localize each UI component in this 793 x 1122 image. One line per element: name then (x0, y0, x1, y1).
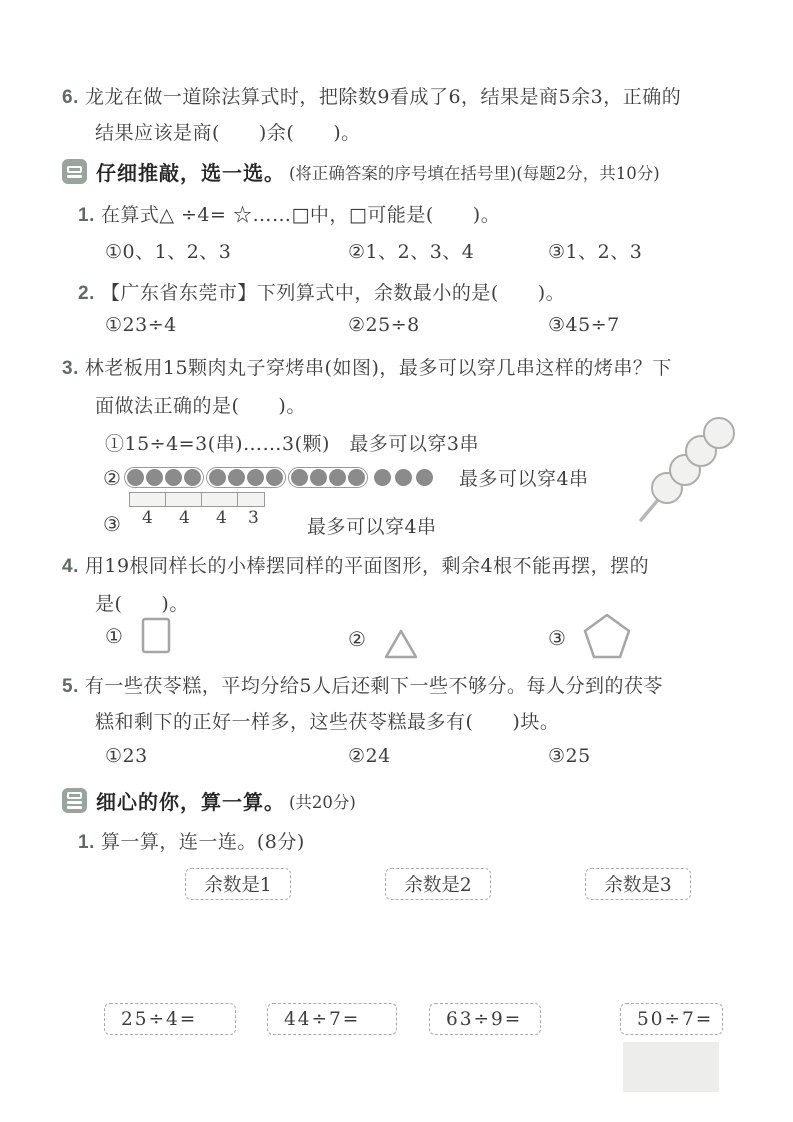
option-1: ①23÷4 (105, 314, 177, 336)
division-box-1: 25÷4= (104, 1003, 236, 1035)
choice-4-options: ① ② ③ (0, 616, 793, 668)
worksheet-page: 6.龙龙在做一道除法算式时，把除数9看成了6，结果是商5余3，正确的 结果应该是… (0, 0, 793, 1122)
option-3: ③45÷7 (548, 314, 620, 336)
question-text: 用19根同样长的小棒摆同样的平面图形，剩余4根不能再摆，摆的 (85, 555, 649, 577)
meatball-dot (348, 469, 365, 486)
division-box-4: 50÷7= (620, 1003, 723, 1035)
option-circled-number: ① (105, 624, 123, 648)
scan-shadow (623, 1042, 719, 1092)
question-number: 1. (78, 832, 95, 853)
option-2: ② (348, 616, 420, 662)
question-text: 龙龙在做一道除法算式时，把除数9看成了6，结果是商5余3，正确的 (85, 86, 681, 108)
meatball-dot (395, 469, 412, 486)
triangle-shape (382, 626, 420, 662)
option-3-caption: 最多可以穿4串 (307, 512, 437, 539)
meatball-dot (228, 469, 245, 486)
badge-three-icon (62, 788, 87, 813)
bar-diagram: 4 4 4 3 (129, 492, 267, 528)
option-2-caption: 最多可以穿4串 (459, 464, 589, 491)
meatball-dot (247, 469, 264, 486)
bar-label: 3 (240, 508, 267, 528)
meatball-dot (209, 469, 226, 486)
question-text: 面做法正确的是( )。 (95, 391, 306, 418)
question-text: 有一些茯苓糕，平均分给5人后还剩下一些不够分。每人分到的茯苓 (85, 675, 663, 697)
meatball-dot (416, 469, 433, 486)
option-1: ①23 (105, 745, 148, 767)
meatball-dot (329, 469, 346, 486)
question-text: 结果应该是商( )余( )。 (95, 118, 361, 145)
segmented-bar (129, 492, 265, 507)
option-circled-number: ② (348, 627, 366, 651)
meatball-group (288, 467, 368, 488)
question-text: 在算式△ ÷4= ☆……□中，□可能是( )。 (101, 204, 500, 226)
square-shape (139, 616, 173, 656)
question-text: 算一算，连一连。(8分) (101, 831, 305, 853)
meatball-dot (266, 469, 283, 486)
option-3: ③25 (548, 745, 591, 767)
option-2: ②25÷8 (348, 314, 420, 336)
bar-labels: 4 4 4 3 (129, 508, 267, 528)
option-3: ③1、2、3 (548, 237, 642, 264)
section-title: 细心的你，算一算。 (96, 786, 285, 815)
option-2: ②1、2、3、4 (348, 237, 474, 264)
section-3-header: 细心的你，算一算。 (共20分) (62, 786, 762, 815)
choice-1-options: ①0、1、2、3 ②1、2、3、4 ③1、2、3 (0, 237, 793, 265)
remainder-box-3: 余数是3 (585, 868, 691, 900)
option-2: ②24 (348, 745, 391, 767)
section-2-header: 仔细推敲，选一选。 (将正确答案的序号填在括号里)(每题2分，共10分) (62, 157, 762, 186)
question-number: 1. (78, 205, 95, 226)
section-title: 仔细推敲，选一选。 (96, 157, 285, 186)
meatball-dot (165, 469, 182, 486)
bar-label: 4 (166, 508, 203, 528)
meatball-group (206, 467, 286, 488)
option-1: ① (105, 616, 173, 656)
question-number: 5. (62, 676, 79, 697)
section-subtitle: (共20分) (289, 789, 356, 813)
question-number: 6. (62, 87, 79, 108)
meatball-skewer-image (633, 408, 745, 526)
badge-two-icon (62, 159, 87, 184)
meatball-dot (374, 469, 391, 486)
question-text: 林老板用15颗肉丸子穿烤串(如图)，最多可以穿几串这样的烤串？下 (85, 357, 672, 379)
meatball-dot (127, 469, 144, 486)
meatball-group (124, 467, 204, 488)
remainder-box-2: 余数是2 (385, 868, 491, 900)
question-text: 是( )。 (95, 589, 189, 616)
question-text: 糕和剩下的正好一样多，这些茯苓糕最多有( )块。 (95, 707, 559, 734)
division-box-2: 44÷7= (267, 1003, 397, 1035)
bar-label: 4 (203, 508, 240, 528)
remainder-box-1: 余数是1 (185, 868, 291, 900)
option-3: ③ (548, 616, 632, 660)
question-number: 3. (62, 358, 79, 379)
option-1: ①15÷4=3(串)……3(颗) 最多可以穿3串 (105, 429, 479, 456)
pentagon-shape (582, 612, 632, 660)
question-number: 2. (78, 283, 95, 304)
choice-2-options: ①23÷4 ②25÷8 ③45÷7 (0, 314, 793, 342)
option-circled-number: ③ (103, 512, 121, 536)
question-number: 4. (62, 556, 79, 577)
meatball-groups (124, 467, 433, 488)
choice-5-options: ①23 ②24 ③25 (0, 745, 793, 773)
question-text: 【广东省东莞市】下列算式中，余数最小的是( )。 (101, 282, 565, 304)
meatball-dot (291, 469, 308, 486)
division-box-3: 63÷9= (429, 1003, 541, 1035)
meatball-dot (146, 469, 163, 486)
option-circled-number: ③ (548, 626, 566, 650)
meatball-dot (310, 469, 327, 486)
section-subtitle: (将正确答案的序号填在括号里)(每题2分，共10分) (289, 160, 660, 184)
bar-label: 4 (129, 508, 166, 528)
option-circled-number: ② (103, 466, 121, 490)
meatball-dot (184, 469, 201, 486)
option-1: ①0、1、2、3 (105, 237, 231, 264)
